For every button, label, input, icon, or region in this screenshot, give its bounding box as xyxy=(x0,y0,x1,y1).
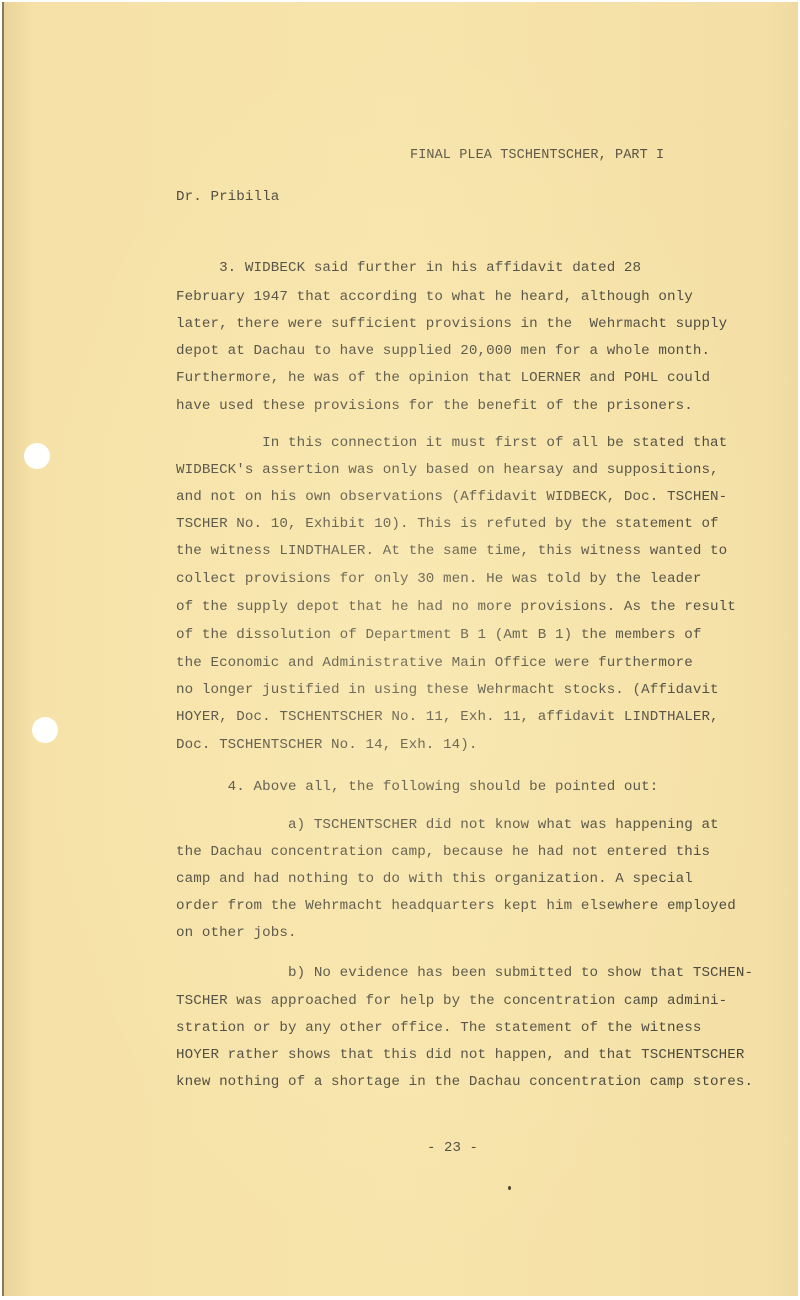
text-line: In this connection it must first of all … xyxy=(176,435,727,451)
text-line: TSCHER No. 10, Exhibit 10). This is refu… xyxy=(176,516,719,532)
text-line: collect provisions for only 30 men. He w… xyxy=(176,571,701,587)
text-line: have used these provisions for the benef… xyxy=(176,398,693,414)
text-line: a) TSCHENTSCHER did not know what was ha… xyxy=(176,817,719,833)
text-line: TSCHER was approached for help by the co… xyxy=(176,993,727,1009)
text-line: of the dissolution of Department B 1 (Am… xyxy=(176,627,701,643)
text-line: on other jobs. xyxy=(176,925,297,941)
text-line: of the supply depot that he had no more … xyxy=(176,599,736,615)
text-line: the witness LINDTHALER. At the same time… xyxy=(176,543,727,559)
text-line: depot at Dachau to have supplied 20,000 … xyxy=(176,343,710,359)
text-line: WIDBECK's assertion was only based on he… xyxy=(176,462,719,478)
text-line: b) No evidence has been submitted to sho… xyxy=(176,965,753,981)
addressee: Dr. Pribilla xyxy=(176,189,279,205)
punch-hole-top xyxy=(24,443,50,469)
document-header: FINAL PLEA TSCHENTSCHER, PART I xyxy=(410,148,664,163)
text-line: 3. WIDBECK said further in his affidavit… xyxy=(176,260,641,276)
text-line: February 1947 that according to what he … xyxy=(176,289,693,305)
text-line: the Dachau concentration camp, because h… xyxy=(176,844,710,860)
text-line: the Economic and Administrative Main Off… xyxy=(176,655,693,671)
text-line: later, there were sufficient provisions … xyxy=(176,316,727,332)
text-line: Furthermore, he was of the opinion that … xyxy=(176,370,710,386)
text-line: knew nothing of a shortage in the Dachau… xyxy=(176,1074,753,1090)
punch-hole-bottom xyxy=(32,717,58,743)
page-number: - 23 - xyxy=(427,1140,478,1156)
text-line: HOYER, Doc. TSCHENTSCHER No. 11, Exh. 11… xyxy=(176,709,719,725)
text-line: Doc. TSCHENTSCHER No. 14, Exh. 14). xyxy=(176,737,478,753)
text-line: stration or by any other office. The sta… xyxy=(176,1020,701,1036)
paper-speck xyxy=(508,1186,511,1190)
text-line: and not on his own observations (Affidav… xyxy=(176,489,727,505)
text-line: HOYER rather shows that this did not hap… xyxy=(176,1047,745,1063)
text-line: no longer justified in using these Wehrm… xyxy=(176,682,719,698)
document-page: FINAL PLEA TSCHENTSCHER, PART I Dr. Prib… xyxy=(2,2,798,1296)
text-line: 4. Above all, the following should be po… xyxy=(176,779,658,795)
text-line: order from the Wehrmacht headquarters ke… xyxy=(176,898,736,914)
text-line: camp and had nothing to do with this org… xyxy=(176,871,693,887)
